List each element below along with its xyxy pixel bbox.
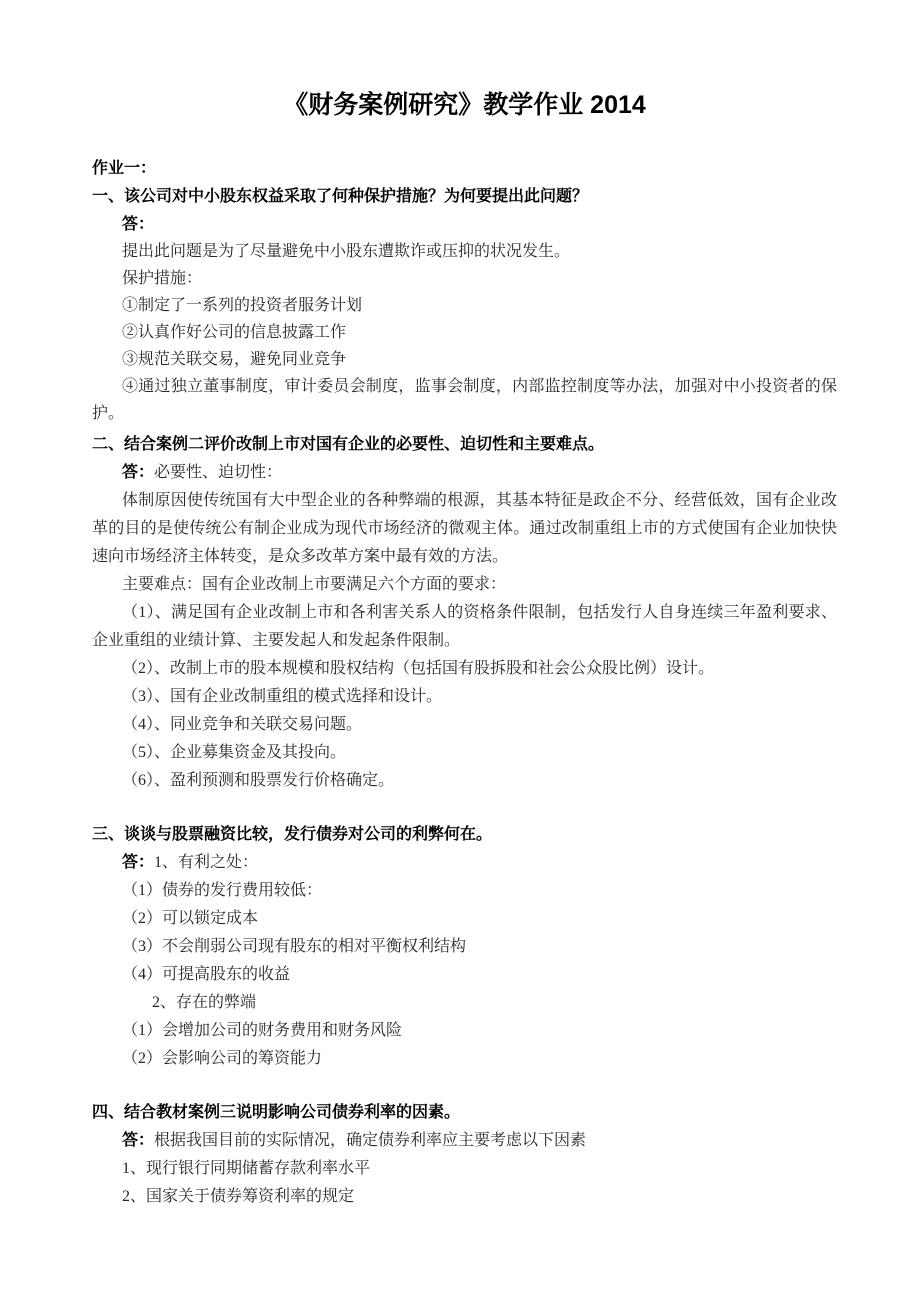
answer-text: 必要性、迫切性： — [154, 464, 282, 481]
section-1-heading: 一、该公司对中小股东权益采取了何种保护措施？为何要提出此问题？ — [92, 183, 837, 211]
answer-line: 答：1、有利之处： — [92, 849, 837, 877]
list-item: 2、存在的弊端 — [92, 989, 837, 1017]
list-item: （2）会影响公司的筹资能力 — [92, 1045, 837, 1073]
document-page: 《财务案例研究》教学作业 2014 作业一： 一、该公司对中小股东权益采取了何种… — [0, 0, 920, 1302]
document-title: 《财务案例研究》教学作业 2014 — [92, 88, 837, 122]
list-item: ④通过独立董事制度，审计委员会制度，监事会制度，内部监控制度等办法，加强对中小投… — [92, 373, 837, 427]
section-4-heading: 四、结合教材案例三说明影响公司债券利率的因素。 — [92, 1099, 837, 1127]
list-item: ③规范关联交易，避免同业竞争 — [92, 346, 837, 373]
answer-line: 答： — [92, 211, 837, 238]
paragraph-line: 主要难点：国有企业改制上市要满足六个方面的要求： — [92, 571, 837, 599]
assignment-label: 作业一： — [92, 155, 837, 183]
section-3-heading: 三、谈谈与股票融资比较，发行债券对公司的利弊何在。 — [92, 821, 837, 849]
list-item: （1）、满足国有企业改制上市和各利害关系人的资格条件限制，包括发行人自身连续三年… — [92, 599, 837, 655]
answer-line: 答：必要性、迫切性： — [92, 459, 837, 487]
answer-label: 答： — [122, 1132, 154, 1149]
list-item: 1、现行银行同期储蓄存款利率水平 — [92, 1155, 837, 1183]
paragraph-line: 体制原因使传统国有大中型企业的各种弊端的根源，其基本特征是政企不分、经营低效，国… — [92, 487, 837, 571]
list-item: （2）可以锁定成本 — [92, 905, 837, 933]
list-item: （1）会增加公司的财务费用和财务风险 — [92, 1017, 837, 1045]
list-item: （2）、改制上市的股本规模和股权结构（包括国有股拆股和社会公众股比例）设计。 — [92, 655, 837, 683]
list-item: （1）债券的发行费用较低： — [92, 877, 837, 905]
list-item: ①制定了一系列的投资者服务计划 — [92, 292, 837, 319]
section-4: 四、结合教材案例三说明影响公司债券利率的因素。 答：根据我国目前的实际情况，确定… — [92, 1099, 837, 1211]
list-item: （4）可提高股东的收益 — [92, 961, 837, 989]
section-2: 二、结合案例二评价改制上市对国有企业的必要性、迫切性和主要难点。 答：必要性、迫… — [92, 431, 837, 795]
section-1: 一、该公司对中小股东权益采取了何种保护措施？为何要提出此问题？ 答： 提出此问题… — [92, 183, 837, 427]
answer-label: 答： — [122, 464, 154, 481]
list-item: （6）、盈利预测和股票发行价格确定。 — [92, 767, 837, 795]
list-item: （3）、国有企业改制重组的模式选择和设计。 — [92, 683, 837, 711]
paragraph-line: 保护措施： — [92, 265, 837, 292]
answer-line: 答：根据我国目前的实际情况，确定债券利率应主要考虑以下因素 — [92, 1127, 837, 1155]
section-2-heading: 二、结合案例二评价改制上市对国有企业的必要性、迫切性和主要难点。 — [92, 431, 837, 459]
list-item: ②认真作好公司的信息披露工作 — [92, 319, 837, 346]
answer-text: 根据我国目前的实际情况，确定债券利率应主要考虑以下因素 — [154, 1132, 586, 1149]
answer-label: 答： — [122, 216, 154, 233]
list-item: （5）、企业募集资金及其投向。 — [92, 739, 837, 767]
section-3: 三、谈谈与股票融资比较，发行债券对公司的利弊何在。 答：1、有利之处： （1）债… — [92, 821, 837, 1073]
list-item: 2、国家关于债券筹资利率的规定 — [92, 1183, 837, 1211]
paragraph-line: 提出此问题是为了尽量避免中小股东遭欺诈或压抑的状况发生。 — [92, 238, 837, 265]
answer-text: 1、有利之处： — [154, 854, 258, 871]
answer-label: 答： — [122, 854, 154, 871]
list-item: （3）不会削弱公司现有股东的相对平衡权利结构 — [92, 933, 837, 961]
list-item: （4）、同业竞争和关联交易问题。 — [92, 711, 837, 739]
